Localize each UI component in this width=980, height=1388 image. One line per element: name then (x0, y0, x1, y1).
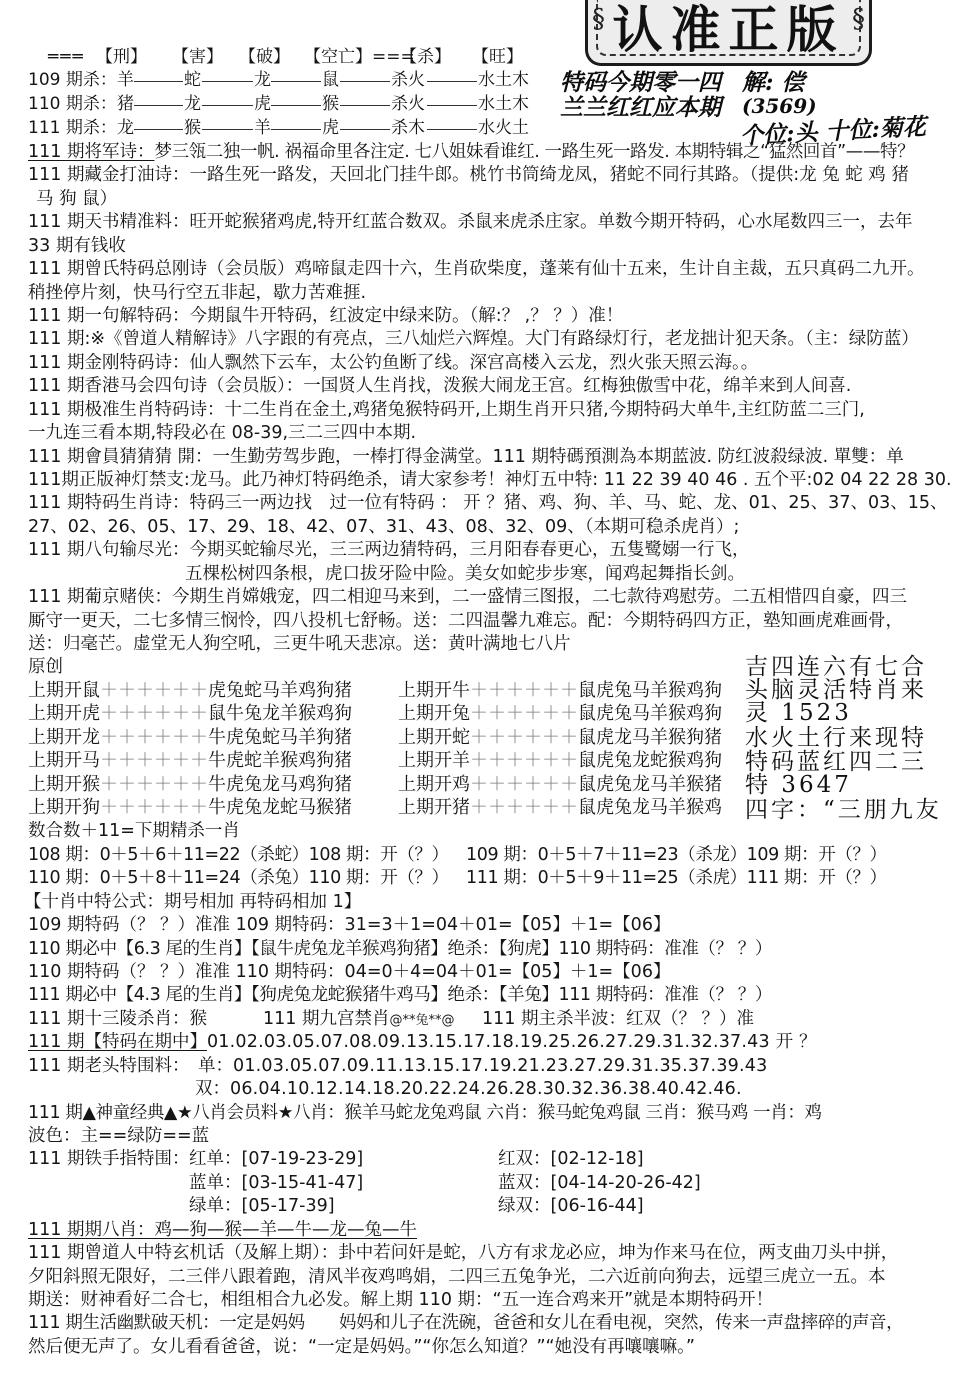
plus-signs: ＋＋＋＋＋＋ (100, 727, 208, 748)
row-prefix: 上期开虎 (28, 703, 100, 724)
plus-signs: ＋＋＋＋＋＋ (100, 680, 208, 701)
eight-lines-poem-line: 111 期八句输尽光：今期买蛇输尽光，三三两边猜特码，三月阳春春更心，五隻鹭嫋一… (28, 539, 749, 561)
kill-cell: 杀木 (391, 117, 425, 139)
iron-finger-item: 红双：[02-12-18] (498, 1148, 644, 1170)
plus-signs: ＋＋＋＋＋＋ (100, 703, 208, 724)
plus-signs: ＋＋＋＋＋＋ (100, 797, 208, 818)
table-row: 上期开虎＋＋＋＋＋＋鼠牛兔龙羊猴鸡狗 (28, 703, 352, 725)
kill-cell: 杀火 (391, 93, 425, 115)
iron-finger-item: 绿单：[05-17-39] (189, 1195, 335, 1217)
handwritten-wave: 兰兰红红应本期 (560, 95, 721, 121)
cangjin-poem-line: 111 期藏金打油诗：一路生死一路发，天回北门挂牛郎。桃竹书筒绮龙凤，猪蛇不同行… (28, 164, 909, 186)
kill-cell: 水火土 (478, 117, 529, 139)
item-value: [06-16-44] (551, 1196, 644, 1216)
zengdaoren-talk-line: 夕阳斜照无限好，二三伴八跟着跑，清风半夜鸡鸣娟，二四三五兔争光，二六近前向狗去，… (28, 1266, 886, 1288)
jiugong-ban: 111 期九宫禁肖@**兔**@ (263, 1008, 454, 1032)
row-prefix: 上期开狗 (28, 797, 100, 818)
tianshu-line: 111 期天书精准料：旺开蛇猴猪鸡虎,特开红蓝合数双。杀鼠来虎杀庄家。单数今期开… (28, 211, 913, 233)
plus-signs: ＋＋＋＋＋＋ (470, 774, 578, 795)
hint-line: 水火土行来现特 (745, 726, 927, 750)
laotou-even: 双：06.04.10.12.14.18.20.22.24.26.28.30.32… (195, 1078, 742, 1100)
yiju-line: 111 期一句解特码：今期鼠牛开特码，红波定中绿来防。（解:？ ,？ ？）准！ (28, 305, 623, 327)
row-prefix: 上期开牛 (398, 680, 470, 701)
table-row: 上期开牛＋＋＋＋＋＋鼠虎兔马羊猴鸡狗 (398, 680, 722, 702)
item-value: [05-17-39] (242, 1196, 335, 1216)
table-row: 上期开鼠＋＋＋＋＋＋虎兔蛇马羊鸡狗猪 (28, 680, 352, 702)
even-label: 双： (195, 1079, 230, 1099)
connector-line (202, 105, 253, 106)
row-result: 虎兔蛇马羊鸡狗猪 (208, 680, 352, 701)
connector-line (427, 105, 477, 106)
kill-cell: 龙 (184, 93, 201, 115)
connector-line (340, 81, 390, 82)
jiangjun-text: 梦三瓴二独一帆. 祸福命里各注定. 七八姐妹看谁红. 一路生死一路发. 本期特辑… (154, 142, 914, 162)
item-value: [03-15-41-47] (242, 1173, 364, 1193)
original-label: 原创 (28, 656, 63, 678)
humor-line: 111 期生活幽默破天机：一定是妈妈 妈妈和儿子在洗碗，爸爸和女儿在看电视，突然… (28, 1312, 903, 1334)
iron-finger-item: 蓝双：[04-14-20-26-42] (498, 1172, 701, 1194)
hint-line: 吉四连六有七合 (745, 655, 927, 679)
eight-zodiac-line: 111 期期八肖：鸡—狗—猴—羊—牛—龙—兔—牛 (28, 1219, 417, 1241)
kill-header-hai: 【害】 (172, 46, 223, 68)
row-result: 鼠虎兔马羊猴鸡狗 (578, 703, 722, 724)
item-label: 红双： (498, 1149, 551, 1169)
table-row: 上期开鸡＋＋＋＋＋＋鼠虎兔龙马羊猴猪 (398, 774, 722, 796)
table-row: 上期开马＋＋＋＋＋＋牛虎蛇羊猴鸡狗猪 (28, 750, 352, 772)
ten-zodiac-line: 111 期必中【4.3 尾的生肖】【狗虎兔龙蛇猴猪牛鸡马】绝杀：【羊兔】111 … (28, 984, 772, 1006)
pujing-line: 厮守一更天，二七多情三悯怜，四八投机七舒畅。送：二四温馨九难忘。配：今期特码四方… (28, 610, 903, 632)
kill-cell: 羊 (254, 117, 271, 139)
row-result: 牛虎兔龙蛇马猴猪 (208, 797, 352, 818)
eight-lines-poem-line: 五棵松树四条根，虎口拔牙险中险。美女如蛇步步寒，闻鸡起舞指长剑。 (185, 563, 745, 585)
in-period-label: 111 期【特码在期中】 (28, 1032, 207, 1052)
shendeng-line: 111期正版神灯禁支:龙马。此乃神灯特码绝杀，请大家参考！神灯五中特: 11 2… (28, 469, 952, 491)
plus-signs: ＋＋＋＋＋＋ (470, 750, 578, 771)
zengdaoren-talk-line: 期送：财神看好二合七，相组相合九必发。解上期 110 期：“五一连合鸡来开”就是… (28, 1289, 773, 1311)
item-label: 蓝双： (498, 1173, 551, 1193)
authentic-stamp: § § 认准正版 (585, 0, 872, 66)
row-prefix: 上期开羊 (398, 750, 470, 771)
table-row: 上期开猪＋＋＋＋＋＋鼠虎兔龙马羊猴鸡 (398, 797, 722, 819)
kill-cell: 龙 (117, 117, 134, 139)
wave-color-line: 波色：主==绿防==蓝 (28, 1125, 209, 1147)
laotou-odd: 单：01.03.05.07.09.11.13.15.17.19.21.23.27… (198, 1055, 767, 1077)
odd-label: 单： (198, 1056, 233, 1076)
kill-cell: 羊 (117, 69, 134, 91)
ten-zodiac-line: 110 期必中【6.3 尾的生肖】【鼠牛虎兔龙羊猴鸡狗猪】绝杀：【狗虎】110 … (28, 938, 772, 960)
kill-cell: 杀火 (391, 69, 425, 91)
item-label: 绿双： (498, 1196, 551, 1216)
kill-row-label: 109 期杀： (28, 69, 117, 91)
item-value: [02-12-18] (551, 1149, 644, 1169)
connector-line (134, 129, 183, 130)
kill-cell: 鼠 (322, 69, 339, 91)
kill-header-rule: ═══ (48, 46, 85, 68)
item-label: 蓝单： (189, 1173, 242, 1193)
row-prefix: 上期开龙 (28, 727, 100, 748)
kill-cell: 猴 (184, 117, 201, 139)
jiangjun-label: 111 期将军诗： (28, 142, 154, 162)
jiangjun-poem: 111 期将军诗：梦三瓴二独一帆. 祸福命里各注定. 七八姐妹看谁红. 一路生死… (28, 141, 914, 163)
row-result: 牛虎蛇羊猴鸡狗猪 (208, 750, 352, 771)
kill-header-kongwang: 【空亡】 (304, 46, 372, 68)
connector-line (202, 81, 253, 82)
iron-finger-item: 蓝单：[03-15-41-47] (189, 1172, 363, 1194)
pujing-line: 送：归毫芒。虚堂无人狗空吼，三更牛吼天悲凉。送：黄叶满地七八片 (28, 633, 571, 655)
connector-line (271, 81, 321, 82)
table-row: 上期开蛇＋＋＋＋＋＋鼠虎龙马羊猴狗猪 (398, 727, 722, 749)
jiugong-value: @**兔**@ (389, 1013, 454, 1028)
row-result: 鼠虎兔马羊猴鸡狗 (578, 680, 722, 701)
in-period-line: 111 期【特码在期中】01.02.03.05.07.08.09.13.15.1… (28, 1031, 817, 1053)
row-result: 牛虎兔龙马鸡狗猪 (208, 774, 352, 795)
iron-finger-item: 红单：[07-19-23-29] (189, 1148, 363, 1170)
kill-cell: 虎 (254, 93, 271, 115)
iron-finger-item: 绿双：[06-16-44] (498, 1195, 644, 1217)
connector-line (427, 129, 477, 130)
table-row: 上期开龙＋＋＋＋＋＋牛虎兔蛇马羊狗猪 (28, 727, 352, 749)
even-numbers: 06.04.10.12.14.18.20.22.24.26.28.30.32.3… (230, 1079, 742, 1099)
connector-line (427, 81, 477, 82)
humor-line: 然后便无声了。女儿看看爸爸，说：“一定是妈妈。”“你怎么知道？”“她没有再嚷嚷嘛… (28, 1336, 695, 1358)
stamp-title: 认准正版 (588, 2, 869, 58)
formula-title: 数合数＋11=下期精杀一肖 (28, 820, 240, 842)
row-result: 牛虎兔蛇马羊狗猪 (208, 727, 352, 748)
kill-cell: 水土木 (478, 93, 529, 115)
item-label: 绿单： (189, 1196, 242, 1216)
shisanling-kill: 111 期十三陵杀肖：猴 (28, 1008, 207, 1030)
ten-zodiac-line: 109 期特码（？ ？）准准 109 期特码：31=3＋1=04＋01=【05】… (28, 914, 670, 936)
ten-zodiac-line: 110 期特码（？ ？）准准 110 期特码：04=0＋4=04＋01=【05】… (28, 961, 670, 983)
kill-header-wang: 【旺】 (472, 46, 523, 68)
plus-signs: ＋＋＋＋＋＋ (470, 727, 578, 748)
row-result: 鼠虎兔龙马羊猴猪 (578, 774, 722, 795)
connector-line (340, 105, 390, 106)
ten-zodiac-title: 【十肖中特公式：期号相加 再特码相加 1】 (24, 891, 361, 913)
table-row: 上期开狗＋＋＋＋＋＋牛虎兔龙蛇马猴猪 (28, 797, 352, 819)
tema-poem-line: 111 期特码生肖诗：特码三一两边找 过一位有特码 ： 开 ？猪、鸡、狗、羊、马… (28, 492, 948, 514)
zengshi-poem-line: 稍挫停片刻，快马行空五非起，歇力苦难捱. (28, 282, 366, 304)
zengshi-poem-line: 111 期曾氏特码总刚诗（会员版）鸡啼鼠走四十六，生肖砍柴度，蓬莱有仙十五来，生… (28, 258, 924, 280)
kill-cell: 猪 (117, 93, 134, 115)
handwritten-tema: 特码今期零一四 (560, 70, 721, 96)
kill-row-label: 111 期杀： (28, 117, 117, 139)
zodiac-poem-line: 111 期极准生肖特码诗：十二生肖在金土,鸡猪兔猴特码开,上期生肖开只猪,今期特… (28, 399, 865, 421)
formula-line: 111 期：0＋5＋9＋11=25（杀虎）111 期：开（？） (466, 867, 887, 889)
row-prefix: 上期开蛇 (398, 727, 470, 748)
tianshu-line: 33 期有钱收 (28, 235, 126, 257)
kill-cell: 龙 (254, 69, 271, 91)
plus-signs: ＋＋＋＋＋＋ (100, 750, 208, 771)
handwritten-wave-code: (3569) (742, 93, 817, 119)
tema-poem-line: 27、02、26、05、17、29、18、42、07、31、43、08、32、0… (28, 516, 739, 538)
row-prefix: 上期开鼠 (28, 680, 100, 701)
hint-line: 特 3647 (745, 773, 852, 797)
odd-numbers: 01.03.05.07.09.11.13.15.17.19.21.23.27.2… (233, 1056, 767, 1076)
kill-cell: 猴 (322, 93, 339, 115)
kill-header-po: 【破】 (239, 46, 290, 68)
hint-line: 四字：“三朋九友 (745, 798, 942, 822)
item-value: [07-19-23-29] (242, 1149, 364, 1169)
member-guess-line: 111 期會員猜猜猜 開：一生勤劳驾步跑，一棒打得金满堂。111 期特碼預測為本… (28, 446, 904, 468)
zengdaoren-poem-line: 111 期:※《曾道人精解诗》八字跟的有亮点，三八灿烂六辉煌。大门有路绿灯行，老… (28, 328, 919, 350)
connector-line (271, 129, 321, 130)
plus-signs: ＋＋＋＋＋＋ (100, 774, 208, 795)
hint-line: 灵 1523 (745, 701, 852, 725)
hint-line: 特码蓝红四二三 (745, 750, 927, 774)
kill-header-sha: 【杀】 (400, 46, 451, 68)
item-label: 红单： (189, 1149, 242, 1169)
table-row: 上期开兔＋＋＋＋＋＋鼠虎兔马羊猴鸡狗 (398, 703, 722, 725)
row-prefix: 上期开猪 (398, 797, 470, 818)
jingang-poem-line: 111 期金刚特码诗：仙人飘然下云车，太公钓鱼断了线。深宫高楼入云龙，烈火张天照… (28, 352, 758, 374)
row-result: 鼠虎兔龙蛇猴鸡狗 (578, 750, 722, 771)
item-value: [04-14-20-26-42] (551, 1173, 701, 1193)
kill-cell: 虎 (322, 117, 339, 139)
kill-cell: 蛇 (184, 69, 201, 91)
formula-line: 110 期：0＋5＋8＋11=24（杀兔）110 期：开（？） (28, 867, 449, 889)
row-result: 鼠牛兔龙羊猴鸡狗 (208, 703, 352, 724)
kill-row-label: 110 期杀： (28, 93, 117, 115)
iron-finger-label: 111 期铁手指特围： (28, 1148, 189, 1170)
shentong-line: 111 期▲神童经典▲★八肖会员料★八肖：猴羊马蛇龙兔鸡鼠 六肖：猴马蛇兔鸡鼠 … (28, 1102, 822, 1124)
in-period-numbers: 01.02.03.05.07.08.09.13.15.17.18.19.25.2… (207, 1032, 817, 1052)
jiugong-label: 111 期九宫禁肖 (263, 1009, 389, 1029)
row-prefix: 上期开猴 (28, 774, 100, 795)
plus-signs: ＋＋＋＋＋＋ (470, 797, 578, 818)
row-prefix: 上期开兔 (398, 703, 470, 724)
row-prefix: 上期开马 (28, 750, 100, 771)
row-result: 鼠虎兔龙马羊猴鸡 (578, 797, 722, 818)
kill-header-xing: 【刑】 (96, 46, 147, 68)
zodiac-poem-line: 一九连三看本期,特段必在 08-39,三二三四中本期. (28, 422, 416, 444)
row-prefix: 上期开鸡 (398, 774, 470, 795)
connector-line (134, 105, 183, 106)
cangjin-poem-line: 马 狗 鼠） (36, 188, 117, 210)
row-result: 鼠虎龙马羊猴狗猪 (578, 727, 722, 748)
plus-signs: ＋＋＋＋＋＋ (470, 680, 578, 701)
connector-line (271, 105, 321, 106)
connector-line (340, 129, 390, 130)
hint-line: 头脑灵活特肖来 (745, 678, 927, 702)
hk-jockey-poem-line: 111 期香港马会四句诗（会员版）：一国贤人生肖找，泼猴大闹龙王宫。红梅独傲雪中… (28, 375, 851, 397)
pujing-line: 111 期葡京赌侠：今期生肖嫦娥宠，四二相迎马来到，二一盛情三图报，二七款待鸡慰… (28, 586, 907, 608)
zengdaoren-talk-line: 111 期曾道人中特玄机话（及解上期）：卦中若问奸是蛇，八方有求龙必应，坤为作来… (28, 1242, 898, 1264)
laotou-label: 111 期老头特围料： (28, 1055, 189, 1077)
kill-cell: 水土木 (478, 69, 529, 91)
plus-signs: ＋＋＋＋＋＋ (470, 703, 578, 724)
formula-line: 109 期：0＋5＋7＋11=23（杀龙）109 期：开（？） (466, 844, 887, 866)
formula-line: 108 期：0＋5＋6＋11=22（杀蛇）108 期：开（？） (28, 844, 449, 866)
connector-line (202, 129, 253, 130)
table-row: 上期开猴＋＋＋＋＋＋牛虎兔龙马鸡狗猪 (28, 774, 352, 796)
connector-line (134, 81, 183, 82)
table-row: 上期开羊＋＋＋＋＋＋鼠虎兔龙蛇猴鸡狗 (398, 750, 722, 772)
half-wave-kill: 111 期主杀半波：红双（？ ？）准 (482, 1008, 754, 1030)
